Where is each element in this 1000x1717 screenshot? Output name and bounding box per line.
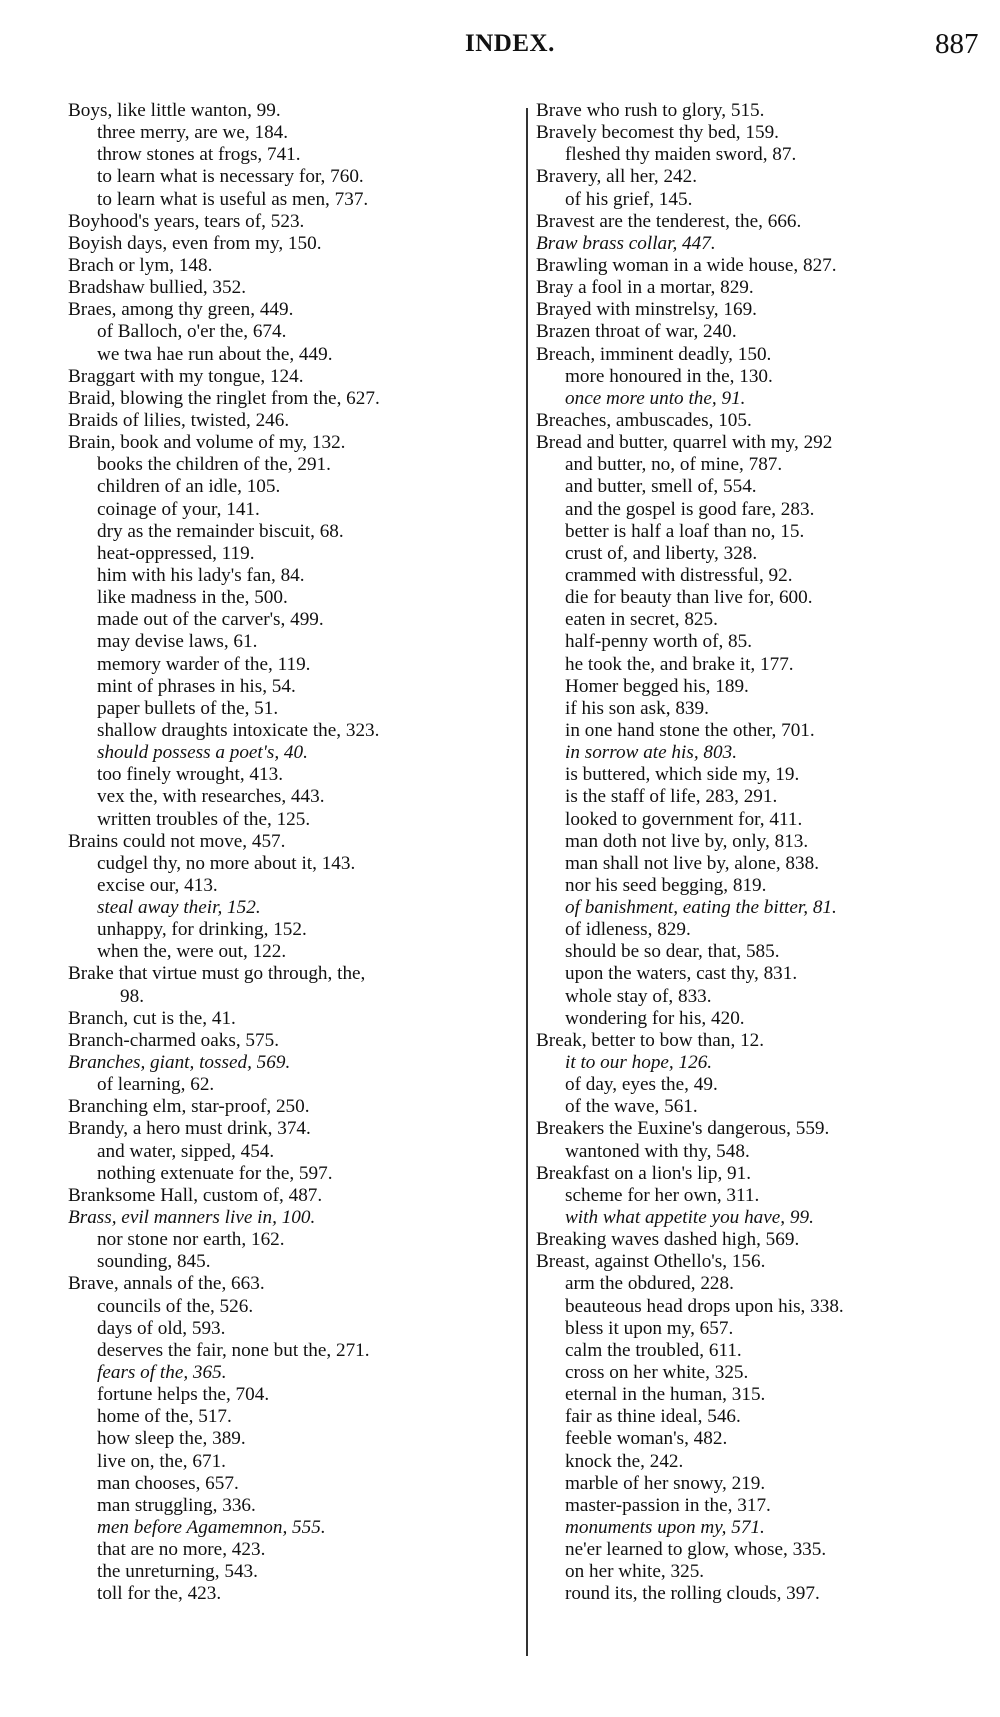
- index-entry: Braw brass collar, 447.: [536, 233, 986, 255]
- index-subentry: and butter, no, of mine, 787.: [536, 454, 986, 476]
- index-entry: Braes, among thy green, 449.: [68, 299, 513, 321]
- index-entry: Breast, against Othello's, 156.: [536, 1251, 986, 1273]
- index-subentry: with what appetite you have, 99.: [536, 1207, 986, 1229]
- index-entry: Brass, evil manners live in, 100.: [68, 1207, 513, 1229]
- index-subentry: children of an idle, 105.: [68, 476, 513, 498]
- index-entry: Bray a fool in a mortar, 829.: [536, 277, 986, 299]
- index-subentry: man struggling, 336.: [68, 1495, 513, 1517]
- index-subentry: ne'er learned to glow, whose, 335.: [536, 1539, 986, 1561]
- index-subentry: may devise laws, 61.: [68, 631, 513, 653]
- index-subentry: and water, sipped, 454.: [68, 1141, 513, 1163]
- index-subentry: nor his seed begging, 819.: [536, 875, 986, 897]
- index-subentry: too finely wrought, 413.: [68, 764, 513, 786]
- index-entry: Branching elm, star-proof, 250.: [68, 1096, 513, 1118]
- index-subentry: he took the, and brake it, 177.: [536, 654, 986, 676]
- index-subentry: toll for the, 423.: [68, 1583, 513, 1605]
- index-entry: Brave, annals of the, 663.: [68, 1273, 513, 1295]
- index-subentry: the unreturning, 543.: [68, 1561, 513, 1583]
- index-subentry: wondering for his, 420.: [536, 1008, 986, 1030]
- index-subentry: should possess a poet's, 40.: [68, 742, 513, 764]
- index-entry: Breakfast on a lion's lip, 91.: [536, 1163, 986, 1185]
- index-subentry: man chooses, 657.: [68, 1473, 513, 1495]
- index-column-left: Boys, like little wanton, 99.three merry…: [68, 100, 513, 1606]
- index-subentry: to learn what is useful as men, 737.: [68, 189, 513, 211]
- index-subentry: nothing extenuate for the, 597.: [68, 1163, 513, 1185]
- index-entry: Bread and butter, quarrel with my, 292: [536, 432, 986, 454]
- index-subentry: of his grief, 145.: [536, 189, 986, 211]
- index-subentry: him with his lady's fan, 84.: [68, 565, 513, 587]
- index-subentry: three merry, are we, 184.: [68, 122, 513, 144]
- index-subentry: heat-oppressed, 119.: [68, 543, 513, 565]
- index-subentry: is buttered, which side my, 19.: [536, 764, 986, 786]
- index-entry: Brach or lym, 148.: [68, 255, 513, 277]
- index-subentry: books the children of the, 291.: [68, 454, 513, 476]
- index-subentry: die for beauty than live for, 600.: [536, 587, 986, 609]
- index-entry: Boys, like little wanton, 99.: [68, 100, 513, 122]
- index-subentry: fears of the, 365.: [68, 1362, 513, 1384]
- index-subentry: whole stay of, 833.: [536, 986, 986, 1008]
- index-subentry: memory warder of the, 119.: [68, 654, 513, 676]
- index-subentry: of the wave, 561.: [536, 1096, 986, 1118]
- index-entry: Break, better to bow than, 12.: [536, 1030, 986, 1052]
- index-subentry: more honoured in the, 130.: [536, 366, 986, 388]
- index-subentry: deserves the fair, none but the, 271.: [68, 1340, 513, 1362]
- index-entry: Brake that virtue must go through, the,: [68, 963, 513, 985]
- index-subentry: knock the, 242.: [536, 1451, 986, 1473]
- index-subentry: shallow draughts intoxicate the, 323.: [68, 720, 513, 742]
- index-subentry: like madness in the, 500.: [68, 587, 513, 609]
- index-subentry: on her white, 325.: [536, 1561, 986, 1583]
- index-subentry: of idleness, 829.: [536, 919, 986, 941]
- index-subentry: of banishment, eating the bitter, 81.: [536, 897, 986, 919]
- index-subentry: man doth not live by, only, 813.: [536, 831, 986, 853]
- index-subentry: eaten in secret, 825.: [536, 609, 986, 631]
- index-subentry: marble of her snowy, 219.: [536, 1473, 986, 1495]
- index-subentry: arm the obdured, 228.: [536, 1273, 986, 1295]
- index-subentry: how sleep the, 389.: [68, 1428, 513, 1450]
- index-subentry: of learning, 62.: [68, 1074, 513, 1096]
- index-entry: Boyish days, even from my, 150.: [68, 233, 513, 255]
- index-subentry: and the gospel is good fare, 283.: [536, 499, 986, 521]
- index-subentry: and butter, smell of, 554.: [536, 476, 986, 498]
- index-subentry: unhappy, for drinking, 152.: [68, 919, 513, 941]
- index-subentry: of Balloch, o'er the, 674.: [68, 321, 513, 343]
- index-subentry: paper bullets of the, 51.: [68, 698, 513, 720]
- index-entry: Brawling woman in a wide house, 827.: [536, 255, 986, 277]
- index-entry: Brave who rush to glory, 515.: [536, 100, 986, 122]
- index-subentry: councils of the, 526.: [68, 1296, 513, 1318]
- index-subentry: cudgel thy, no more about it, 143.: [68, 853, 513, 875]
- index-subentry: wantoned with thy, 548.: [536, 1141, 986, 1163]
- page-number: 887: [935, 28, 979, 61]
- index-subentry: throw stones at frogs, 741.: [68, 144, 513, 166]
- index-subentry: 98.: [68, 986, 513, 1008]
- index-subentry: is the staff of life, 283, 291.: [536, 786, 986, 808]
- page-title: INDEX.: [465, 30, 555, 58]
- index-entry: Bravely becomest thy bed, 159.: [536, 122, 986, 144]
- index-subentry: upon the waters, cast thy, 831.: [536, 963, 986, 985]
- index-entry: Braggart with my tongue, 124.: [68, 366, 513, 388]
- index-entry: Boyhood's years, tears of, 523.: [68, 211, 513, 233]
- index-entry: Brain, book and volume of my, 132.: [68, 432, 513, 454]
- index-subentry: fleshed thy maiden sword, 87.: [536, 144, 986, 166]
- index-subentry: to learn what is necessary for, 760.: [68, 166, 513, 188]
- index-subentry: made out of the carver's, 499.: [68, 609, 513, 631]
- index-subentry: should be so dear, that, 585.: [536, 941, 986, 963]
- index-subentry: crammed with distressful, 92.: [536, 565, 986, 587]
- index-subentry: live on, the, 671.: [68, 1451, 513, 1473]
- index-entry: Breach, imminent deadly, 150.: [536, 344, 986, 366]
- index-subentry: steal away their, 152.: [68, 897, 513, 919]
- index-subentry: that are no more, 423.: [68, 1539, 513, 1561]
- index-subentry: vex the, with researches, 443.: [68, 786, 513, 808]
- index-entry: Breaking waves dashed high, 569.: [536, 1229, 986, 1251]
- index-subentry: master-passion in the, 317.: [536, 1495, 986, 1517]
- index-entry: Brayed with minstrelsy, 169.: [536, 299, 986, 321]
- index-entry: Bradshaw bullied, 352.: [68, 277, 513, 299]
- index-subentry: monuments upon my, 571.: [536, 1517, 986, 1539]
- index-subentry: when the, were out, 122.: [68, 941, 513, 963]
- index-subentry: crust of, and liberty, 328.: [536, 543, 986, 565]
- index-subentry: in sorrow ate his, 803.: [536, 742, 986, 764]
- index-subentry: sounding, 845.: [68, 1251, 513, 1273]
- index-subentry: home of the, 517.: [68, 1406, 513, 1428]
- index-subentry: fortune helps the, 704.: [68, 1384, 513, 1406]
- index-subentry: written troubles of the, 125.: [68, 809, 513, 831]
- index-entry: Branch-charmed oaks, 575.: [68, 1030, 513, 1052]
- index-entry: Braids of lilies, twisted, 246.: [68, 410, 513, 432]
- index-subentry: if his son ask, 839.: [536, 698, 986, 720]
- index-subentry: it to our hope, 126.: [536, 1052, 986, 1074]
- index-subentry: round its, the rolling clouds, 397.: [536, 1583, 986, 1605]
- index-subentry: men before Agamemnon, 555.: [68, 1517, 513, 1539]
- index-subentry: days of old, 593.: [68, 1318, 513, 1340]
- index-subentry: Homer begged his, 189.: [536, 676, 986, 698]
- index-subentry: nor stone nor earth, 162.: [68, 1229, 513, 1251]
- index-entry: Breaches, ambuscades, 105.: [536, 410, 986, 432]
- index-entry: Branches, giant, tossed, 569.: [68, 1052, 513, 1074]
- index-entry: Brazen throat of war, 240.: [536, 321, 986, 343]
- index-subentry: feeble woman's, 482.: [536, 1428, 986, 1450]
- index-subentry: cross on her white, 325.: [536, 1362, 986, 1384]
- index-subentry: looked to government for, 411.: [536, 809, 986, 831]
- index-subentry: man shall not live by, alone, 838.: [536, 853, 986, 875]
- index-entry: Brains could not move, 457.: [68, 831, 513, 853]
- column-divider: [526, 108, 528, 1656]
- index-subentry: calm the troubled, 611.: [536, 1340, 986, 1362]
- index-subentry: in one hand stone the other, 701.: [536, 720, 986, 742]
- index-entry: Branch, cut is the, 41.: [68, 1008, 513, 1030]
- index-entry: Bravest are the tenderest, the, 666.: [536, 211, 986, 233]
- index-subentry: bless it upon my, 657.: [536, 1318, 986, 1340]
- index-entry: Braid, blowing the ringlet from the, 627…: [68, 388, 513, 410]
- index-subentry: mint of phrases in his, 54.: [68, 676, 513, 698]
- index-subentry: half-penny worth of, 85.: [536, 631, 986, 653]
- index-subentry: better is half a loaf than no, 15.: [536, 521, 986, 543]
- index-subentry: dry as the remainder biscuit, 68.: [68, 521, 513, 543]
- index-subentry: excise our, 413.: [68, 875, 513, 897]
- index-entry: Breakers the Euxine's dangerous, 559.: [536, 1118, 986, 1140]
- index-entry: Brandy, a hero must drink, 374.: [68, 1118, 513, 1140]
- index-column-right: Brave who rush to glory, 515.Bravely bec…: [536, 100, 986, 1606]
- index-subentry: scheme for her own, 311.: [536, 1185, 986, 1207]
- index-subentry: of day, eyes the, 49.: [536, 1074, 986, 1096]
- index-subentry: coinage of your, 141.: [68, 499, 513, 521]
- index-subentry: eternal in the human, 315.: [536, 1384, 986, 1406]
- index-subentry: beauteous head drops upon his, 338.: [536, 1296, 986, 1318]
- index-subentry: we twa hae run about the, 449.: [68, 344, 513, 366]
- index-subentry: fair as thine ideal, 546.: [536, 1406, 986, 1428]
- index-entry: Branksome Hall, custom of, 487.: [68, 1185, 513, 1207]
- index-entry: Bravery, all her, 242.: [536, 166, 986, 188]
- index-subentry: once more unto the, 91.: [536, 388, 986, 410]
